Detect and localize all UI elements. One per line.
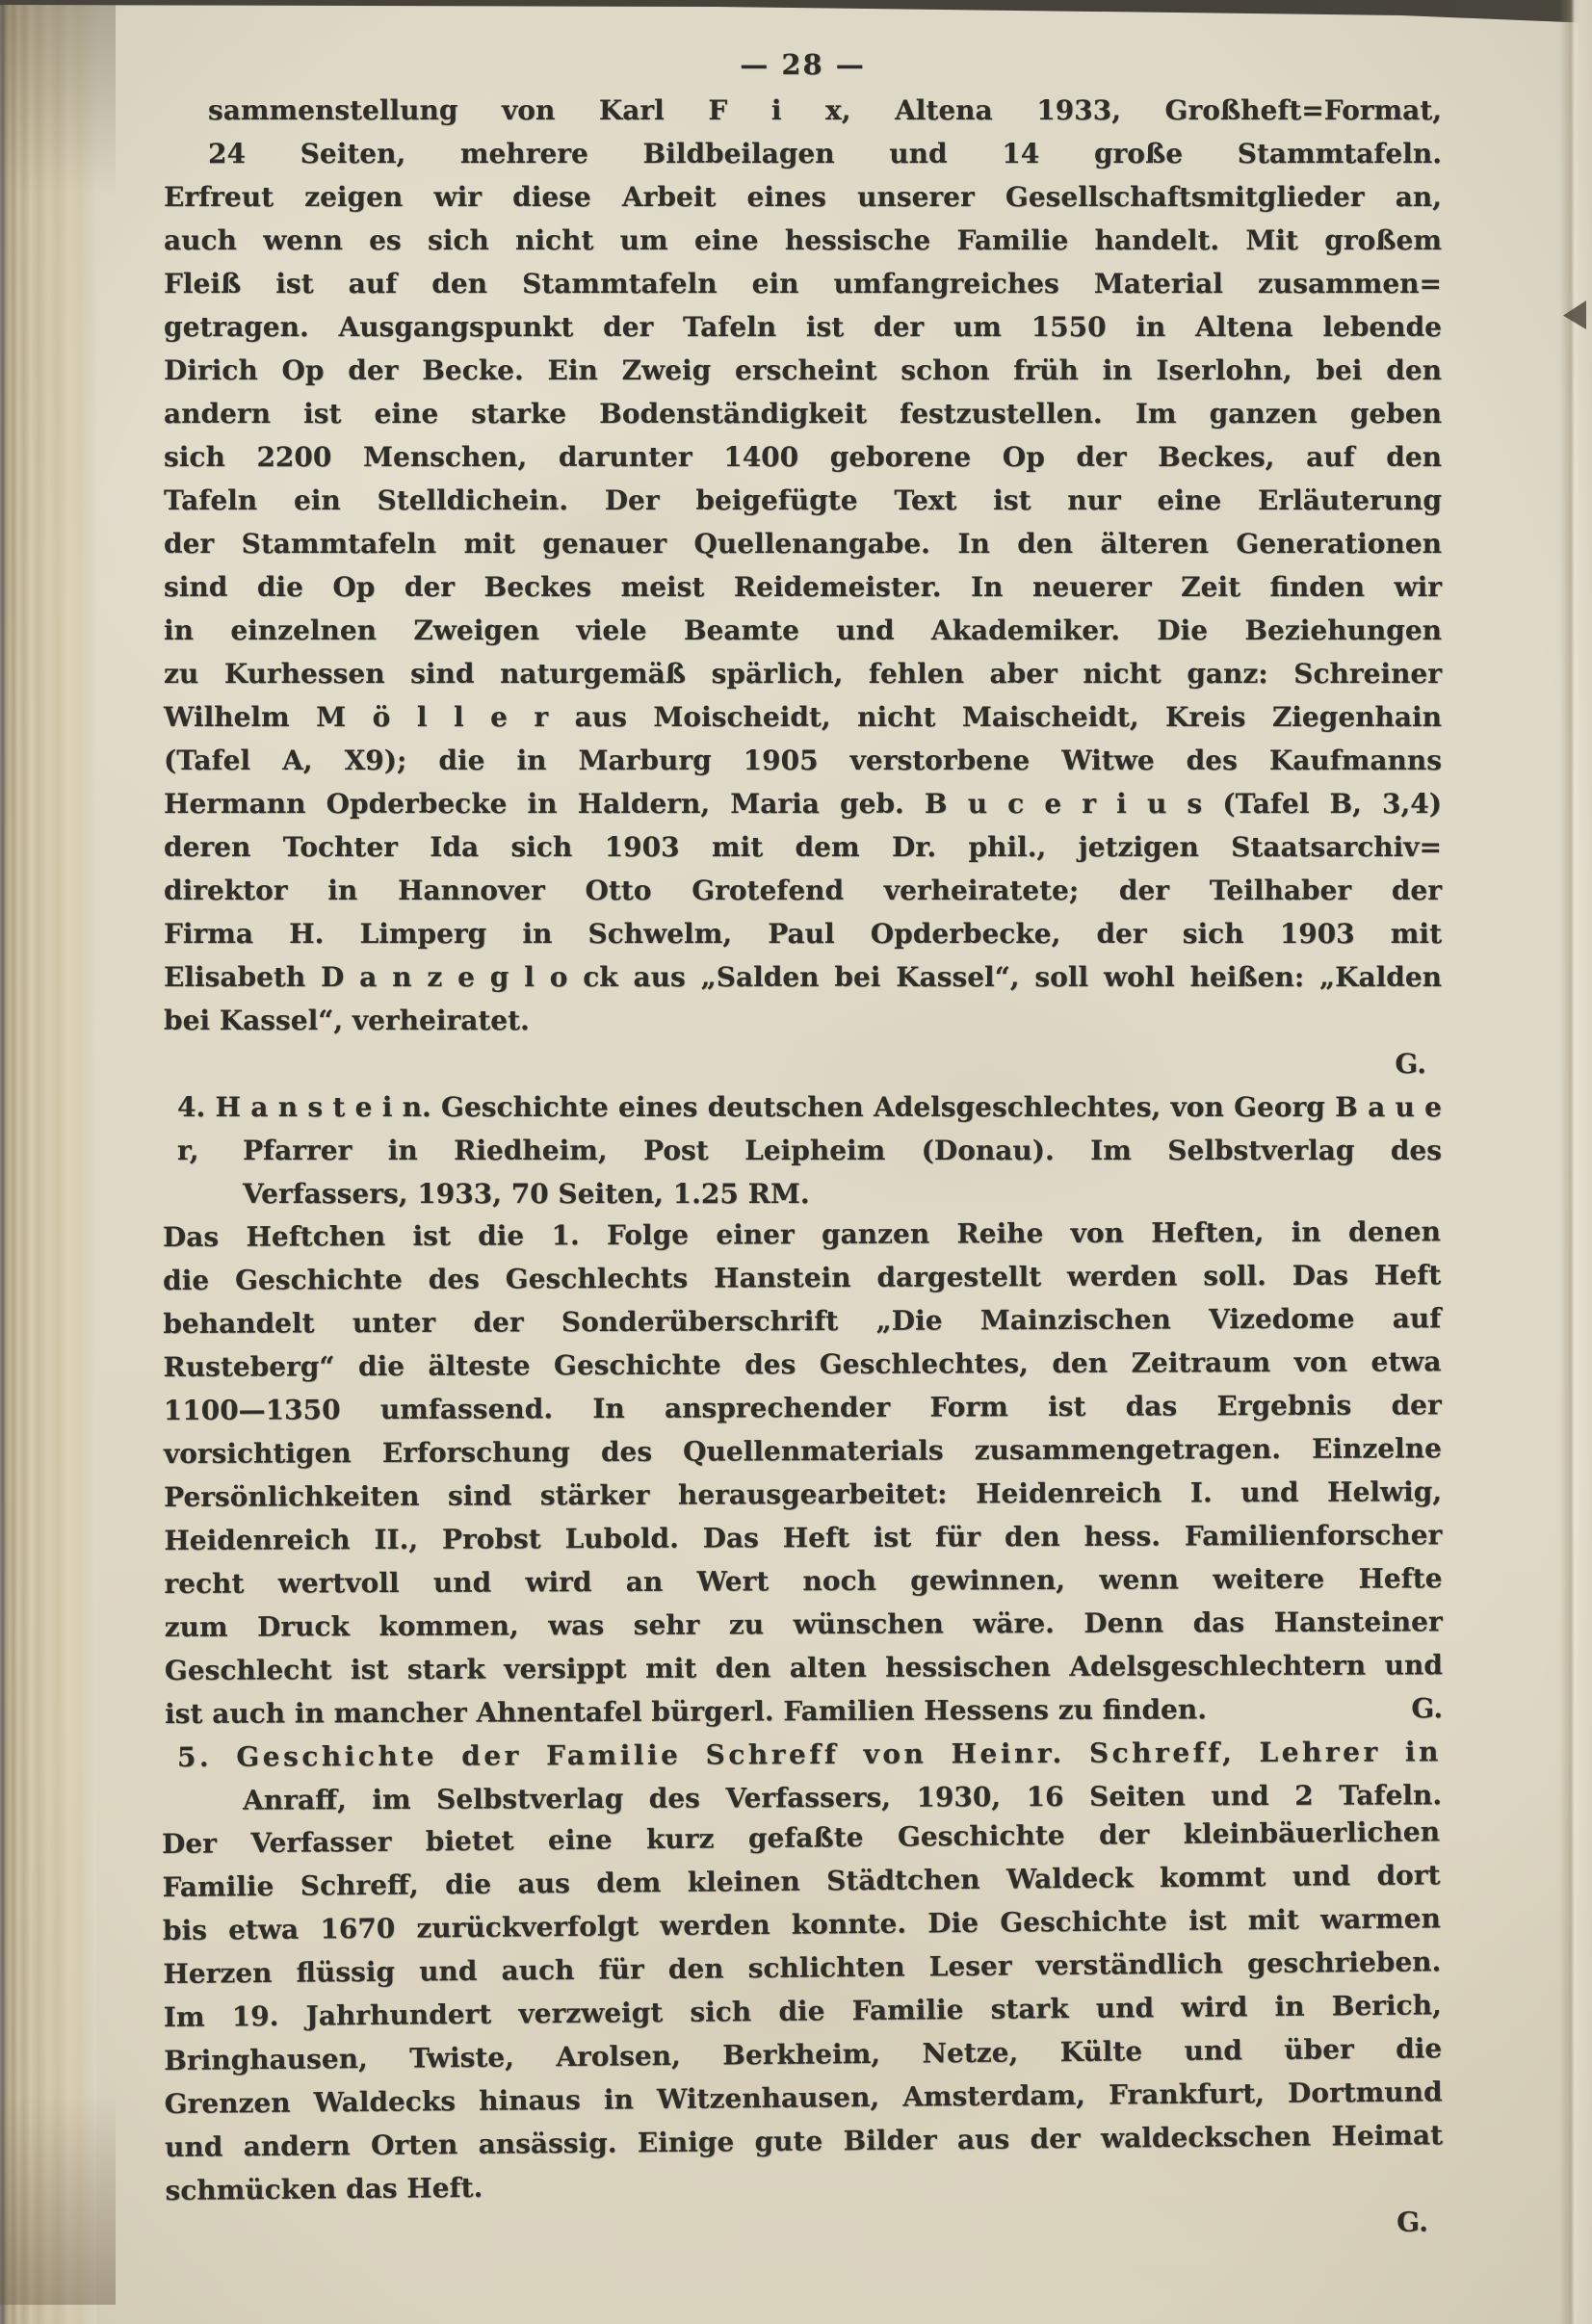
text-line: Das Heftchen ist die 1. Folge einer ganz… bbox=[163, 1210, 1441, 1259]
text-line: getragen. Ausgangspunkt der Tafeln ist d… bbox=[164, 305, 1442, 349]
page-number: — 28 — bbox=[164, 40, 1442, 89]
text-line: ist auch in mancher Ahnentafel bürgerl. … bbox=[165, 1687, 1207, 1736]
text-line: Wilhelm M ö l l e r aus Moischeidt, nich… bbox=[164, 695, 1442, 739]
text-line: der Stammtafeln mit genauer Quellenangab… bbox=[164, 522, 1442, 565]
page-content: — 28 — sammenstellung von Karl F i x, Al… bbox=[164, 40, 1442, 2256]
reviewer-signature: G. bbox=[1411, 1686, 1443, 1730]
book-gutter bbox=[0, 0, 96, 2324]
text-line: zum Druck kommen, was sehr zu wünschen w… bbox=[165, 1600, 1443, 1649]
entry5-body: Der Verfasser bietet eine kurz gefaßte G… bbox=[162, 1810, 1444, 2256]
text-line: recht wertvoll und wird an Wert noch gew… bbox=[164, 1556, 1442, 1606]
text-line: die Geschichte des Geschlechts Hanstein … bbox=[163, 1253, 1441, 1302]
text-line: auch wenn es sich nicht um eine hessisch… bbox=[164, 219, 1442, 262]
text-line: zu Kurhessen sind naturgemäß spärlich, f… bbox=[164, 652, 1442, 695]
text-line-with-signature: ist auch in mancher Ahnentafel bürgerl. … bbox=[165, 1686, 1443, 1736]
scanned-book-page: { "page": { "number_label": "— 28 —" }, … bbox=[0, 0, 1592, 2324]
text-line: Geschlecht ist stark versippt mit den al… bbox=[165, 1643, 1443, 1692]
entry-heading-line: 5. Geschichte der Familie Schreff von He… bbox=[164, 1730, 1442, 1779]
entry-heading-line: 4. H a n s t e i n. Geschichte eines deu… bbox=[164, 1085, 1442, 1129]
text-line: sich 2200 Menschen, darunter 1400 gebore… bbox=[164, 435, 1442, 479]
text-line: Dirich Op der Becke. Ein Zweig erscheint… bbox=[164, 349, 1442, 392]
text-line: Persönlichkeiten sind stärker herausgear… bbox=[164, 1470, 1442, 1519]
entry3-tail: sammenstellung von Karl F i x, Altena 19… bbox=[164, 89, 1442, 175]
text-line: sammenstellung von Karl F i x, Altena 19… bbox=[164, 89, 1442, 132]
text-line: Rusteberg“ die älteste Geschichte des Ge… bbox=[163, 1340, 1441, 1389]
text-line: 24 Seiten, mehrere Bildbeilagen und 14 g… bbox=[164, 132, 1442, 175]
text-line: andern ist eine starke Bodenständigkeit … bbox=[164, 392, 1442, 435]
entry-heading-line: Verfassers, 1933, 70 Seiten, 1.25 RM. bbox=[164, 1172, 1442, 1215]
entry4-heading: 4. H a n s t e i n. Geschichte eines deu… bbox=[164, 1085, 1442, 1215]
text-line: Fleiß ist auf den Stammtafeln ein umfang… bbox=[164, 262, 1442, 305]
text-line: behandelt unter der Sonderüberschrift „D… bbox=[163, 1296, 1441, 1345]
text-line: Hermann Opderbecke in Haldern, Maria geb… bbox=[164, 782, 1442, 825]
text-line: sind die Op der Beckes meist Reidemeiste… bbox=[164, 565, 1442, 609]
text-line: deren Tochter Ida sich 1903 mit dem Dr. … bbox=[164, 825, 1442, 869]
text-line: bei Kassel“, verheiratet. bbox=[164, 999, 1442, 1042]
text-line: 1100—1350 umfassend. In ansprechender Fo… bbox=[164, 1383, 1442, 1432]
entry-heading-line: Pfarrer in Riedheim, Post Leipheim (Dona… bbox=[164, 1129, 1442, 1172]
text-line: Firma H. Limperg in Schwelm, Paul Opderb… bbox=[164, 912, 1442, 955]
entry5-heading: 5. Geschichte der Familie Schreff von He… bbox=[164, 1730, 1442, 1822]
reviewer-signature: G. bbox=[164, 1042, 1442, 1085]
text-line: Erfreut zeigen wir diese Arbeit eines un… bbox=[164, 175, 1442, 219]
text-line: in einzelnen Zweigen viele Beamte und Ak… bbox=[164, 609, 1442, 652]
text-line: Heidenreich II., Probst Lubold. Das Heft… bbox=[164, 1513, 1442, 1562]
entry4-body: Das Heftchen ist die 1. Folge einer ganz… bbox=[163, 1210, 1443, 1736]
text-line: Elisabeth D a n z e g l o ck aus „Salden… bbox=[164, 955, 1442, 999]
text-line: direktor in Hannover Otto Grotefend verh… bbox=[164, 869, 1442, 912]
text-line: (Tafel A, X9); die in Marburg 1905 verst… bbox=[164, 739, 1442, 782]
entry3-body: Erfreut zeigen wir diese Arbeit eines un… bbox=[164, 175, 1442, 1085]
text-line: Tafeln ein Stelldichein. Der beigefügte … bbox=[164, 479, 1442, 522]
text-line: vorsichtigen Erforschung des Quellenmate… bbox=[164, 1426, 1442, 1475]
